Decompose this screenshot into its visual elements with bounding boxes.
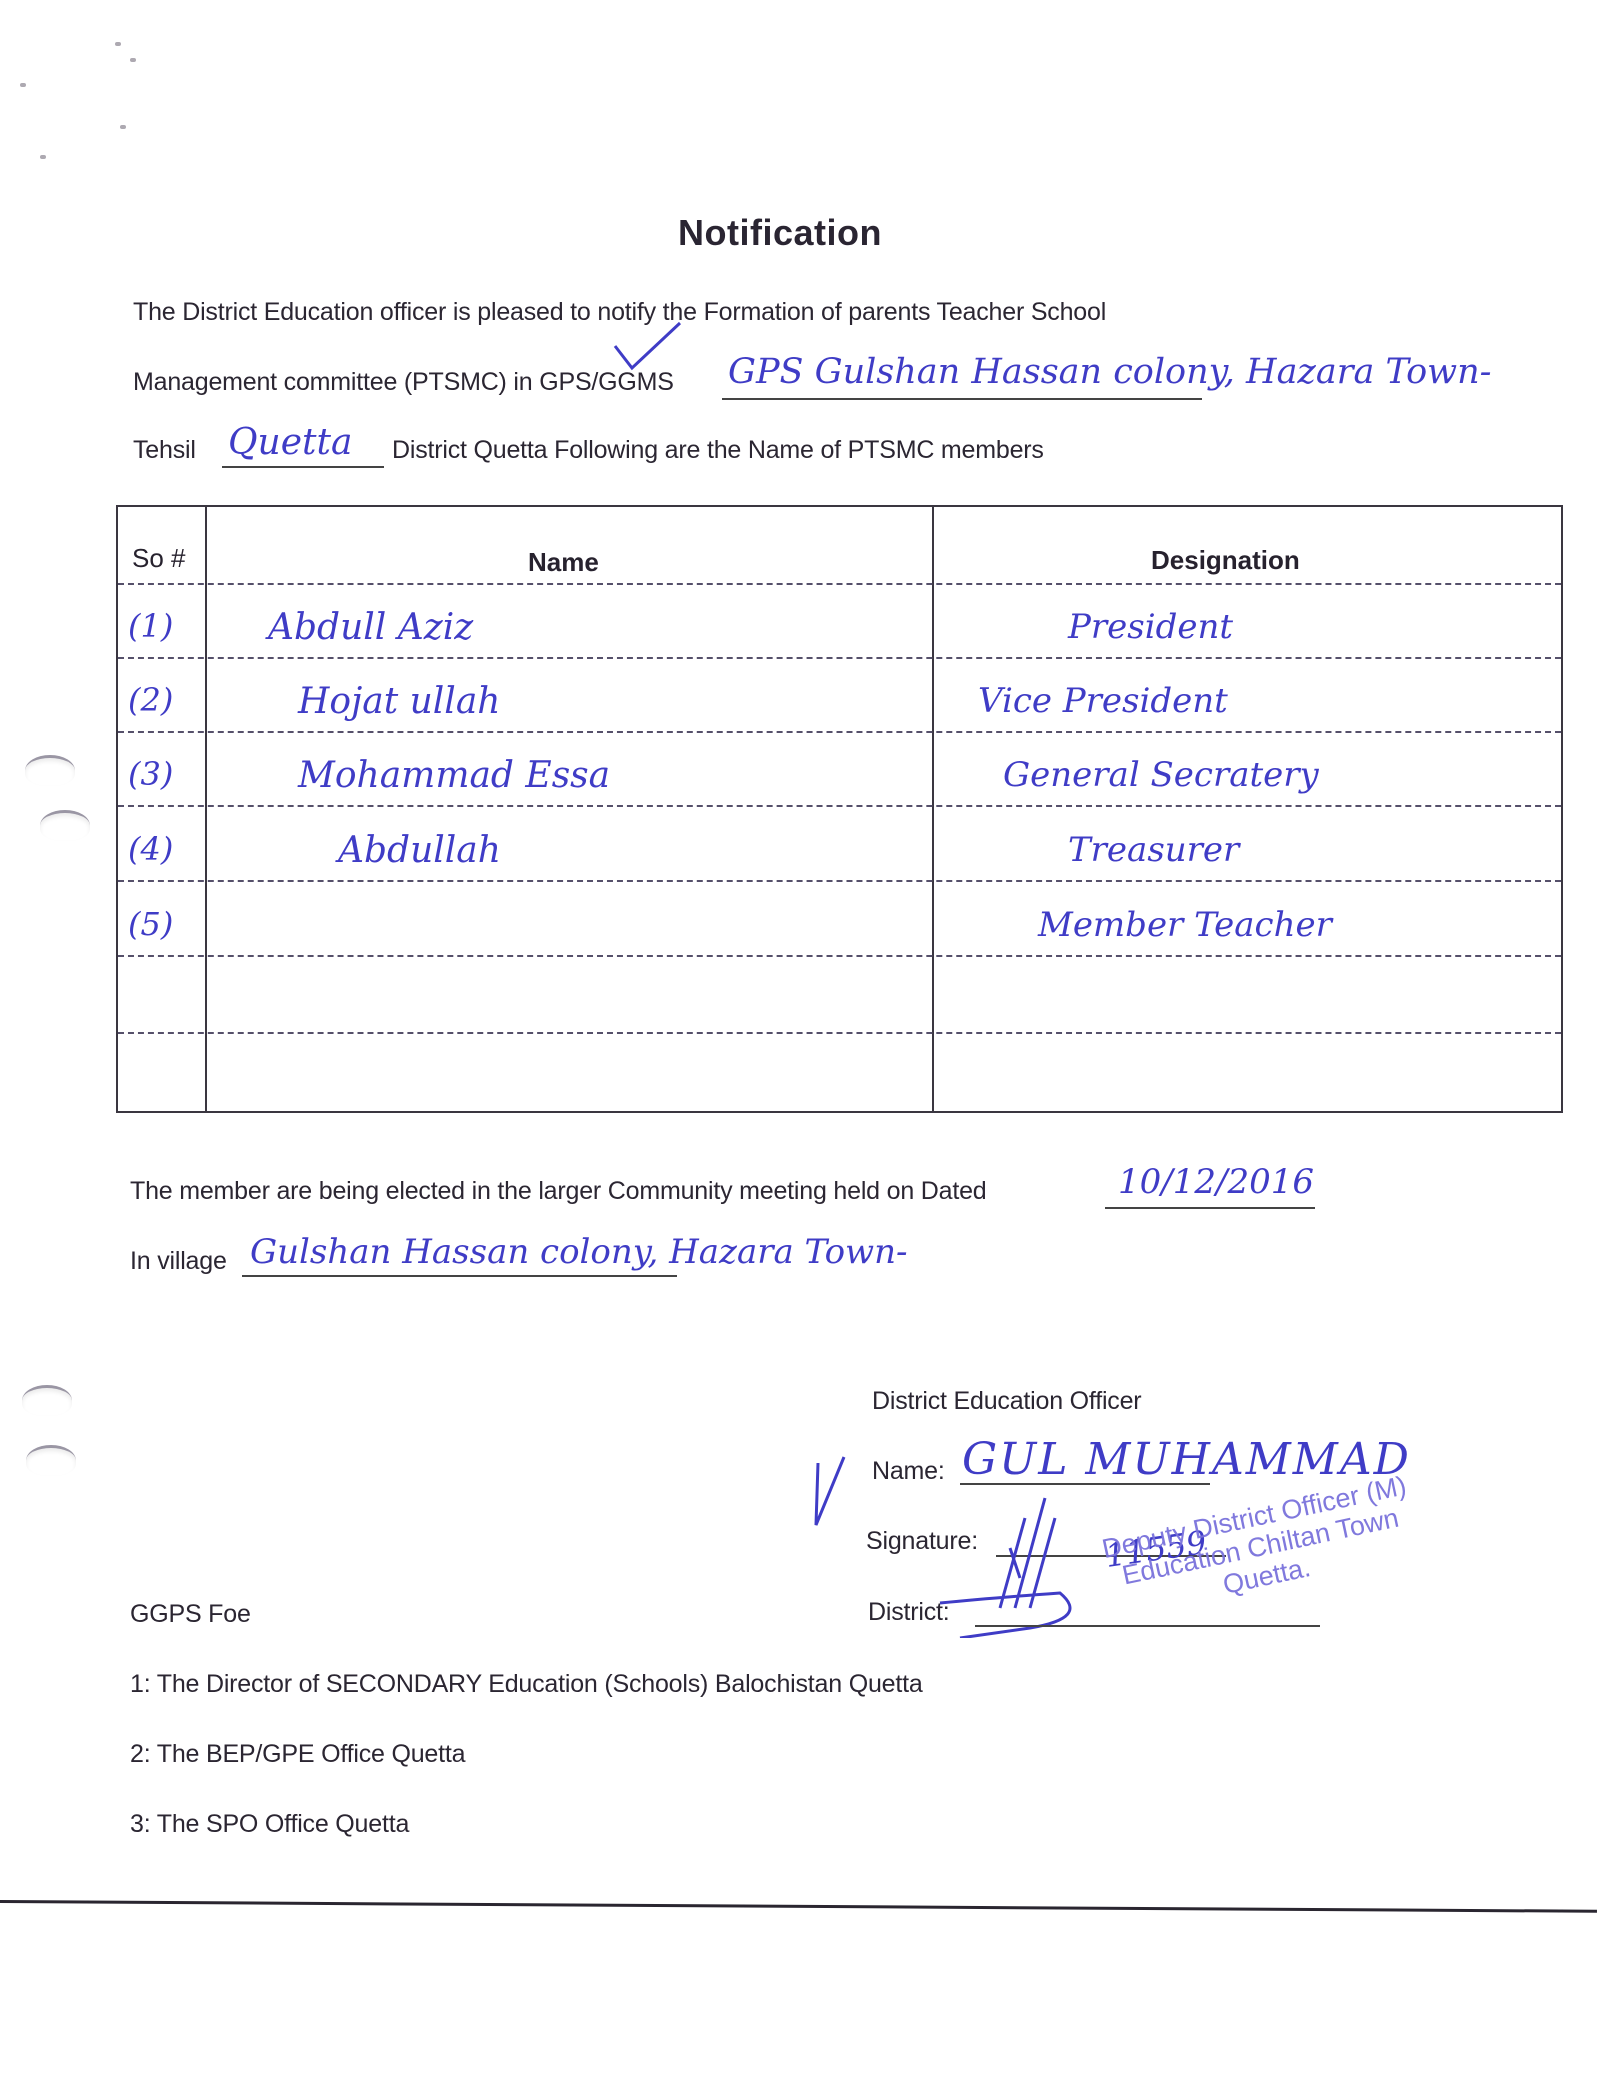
row-designation[interactable]: Member Teacher bbox=[1038, 905, 1332, 945]
meeting-label: The member are being elected in the larg… bbox=[130, 1177, 987, 1206]
copy-heading: GGPS Foe bbox=[130, 1600, 251, 1629]
punch-hole bbox=[22, 1385, 72, 1416]
punch-hole bbox=[26, 1445, 76, 1476]
scan-speck bbox=[130, 58, 136, 62]
copy-item-3: 3: The SPO Office Quetta bbox=[130, 1810, 409, 1839]
village-label: In village bbox=[130, 1247, 227, 1276]
row-serial[interactable]: (3) bbox=[128, 755, 173, 793]
date-underline bbox=[1105, 1207, 1315, 1209]
row-designation[interactable]: President bbox=[1068, 607, 1233, 647]
punch-hole bbox=[40, 810, 90, 841]
officer-heading: District Education Officer bbox=[872, 1387, 1141, 1416]
tehsil-label: Tehsil bbox=[133, 436, 196, 465]
tehsil-value[interactable]: Quetta bbox=[228, 422, 352, 463]
punch-hole bbox=[25, 755, 75, 786]
header-serial: So # bbox=[132, 543, 186, 574]
tehsil-underline bbox=[222, 466, 384, 468]
row-designation[interactable]: General Secratery bbox=[1003, 755, 1319, 795]
footer-divider bbox=[0, 1900, 1597, 1913]
copy-item-2: 2: The BEP/GPE Office Quetta bbox=[130, 1740, 465, 1769]
page-title: Notification bbox=[0, 212, 1560, 254]
school-value[interactable]: GPS Gulshan Hassan colony, Hazara Town- bbox=[728, 352, 1492, 392]
scan-speck bbox=[40, 155, 46, 159]
row-serial[interactable]: (5) bbox=[128, 905, 173, 943]
row-name[interactable]: Mohammad Essa bbox=[298, 755, 610, 796]
school-label: Management committee (PTSMC) in GPS/GGMS bbox=[133, 368, 674, 397]
row-serial[interactable]: (2) bbox=[128, 681, 173, 719]
tick-mark-icon bbox=[810, 1455, 850, 1535]
row-serial[interactable]: (1) bbox=[128, 607, 173, 645]
district-underline bbox=[975, 1625, 1320, 1627]
row-name[interactable]: Hojat ullah bbox=[298, 681, 500, 722]
scan-speck bbox=[115, 42, 121, 46]
row-name[interactable]: Abdullah bbox=[338, 830, 501, 871]
row-designation[interactable]: Treasurer bbox=[1068, 830, 1239, 870]
village-value[interactable]: Gulshan Hassan colony, Hazara Town- bbox=[250, 1232, 908, 1272]
copy-item-1: 1: The Director of SECONDARY Education (… bbox=[130, 1670, 923, 1699]
header-designation: Designation bbox=[1151, 545, 1300, 576]
ptsmc-members-table: So # Name Designation (1)Abdull AzizPres… bbox=[116, 505, 1563, 1113]
row-name[interactable]: Abdull Aziz bbox=[268, 607, 473, 648]
scan-speck bbox=[20, 83, 26, 87]
checkmark-icon bbox=[610, 318, 690, 378]
intro-line-3: District Quetta Following are the Name o… bbox=[392, 436, 1044, 465]
meeting-date[interactable]: 10/12/2016 bbox=[1118, 1162, 1314, 1202]
district-label: District: bbox=[868, 1598, 950, 1627]
header-name: Name bbox=[528, 547, 599, 578]
school-underline bbox=[722, 398, 1202, 400]
official-stamp: Deputy District Officer (M) Education Ch… bbox=[1075, 1465, 1446, 1628]
row-serial[interactable]: (4) bbox=[128, 830, 173, 868]
village-underline bbox=[242, 1275, 677, 1277]
row-designation[interactable]: Vice President bbox=[978, 681, 1228, 721]
scan-speck bbox=[120, 125, 126, 129]
